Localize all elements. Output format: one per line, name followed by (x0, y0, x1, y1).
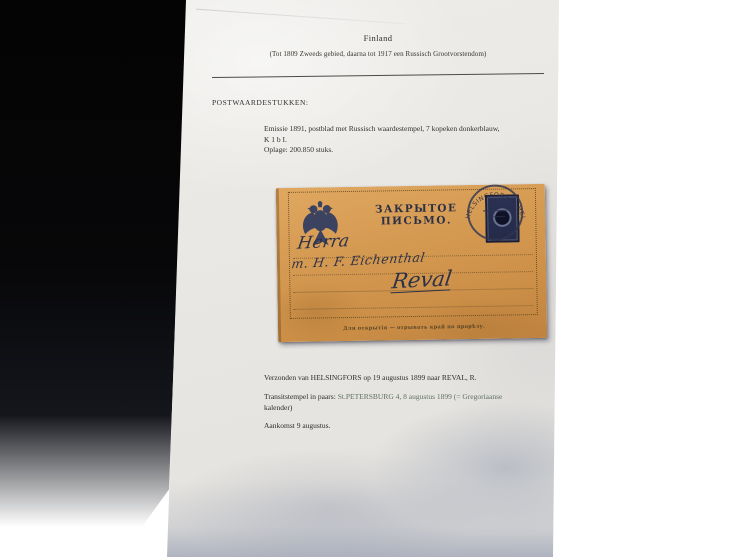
section-heading: POSTWAARDESTUKKEN: (212, 98, 309, 107)
photo-of-album-page: Finland (Tot 1809 Zweeds gebied, daarna … (0, 0, 740, 557)
caption-sent: Verzonden van HELSINGFORS op 19 augustus… (264, 373, 477, 382)
page-subtitle: (Tot 1809 Zweeds gebied, daarna tot 1917… (180, 50, 576, 58)
svg-text:✶✶: ✶✶ (488, 230, 498, 237)
caption-transit-highlight: St.PETERSBURG 4, 8 augustus 1899 (= Greg… (338, 392, 503, 401)
handwritten-destination: Reval (390, 266, 453, 293)
dark-table-background (0, 0, 192, 532)
handwritten-salutation: Herra (296, 231, 350, 254)
description-line-2: K 1 b I. (264, 135, 564, 146)
svg-text:HELSINGFORS ✦ HELSINKI: HELSINGFORS ✦ HELSINKI (455, 176, 527, 222)
description-line-1: Emissie 1891, postblad met Russisch waar… (264, 124, 564, 135)
description-line-3: Oplage: 200.850 stuks. (264, 145, 564, 156)
caption-transit-suffix: kalender) (264, 402, 564, 413)
divider-rule (212, 73, 544, 78)
caption-arrival: Aankomst 9 augustus. (264, 421, 330, 430)
page-title: Finland (190, 33, 566, 43)
tear-instruction: Для открытія — отрывать край по прорѣзу. (326, 323, 501, 332)
caption-transit-prefix: Transitstempel in paars: (264, 392, 338, 401)
paper-crease (196, 9, 406, 25)
caption-transit: Transitstempel in paars: St.PETERSBURG 4… (264, 391, 564, 413)
postmark-helsingfors: HELSINGFORS ✦ HELSINKI ✶✶ (455, 176, 536, 253)
letter-card: ЗАКРЫТОЕ ПИСЬМО. HELSINGFORS ✦ HELSINKI … (276, 184, 547, 342)
item-description: Emissie 1891, postblad met Russisch waar… (264, 124, 564, 156)
